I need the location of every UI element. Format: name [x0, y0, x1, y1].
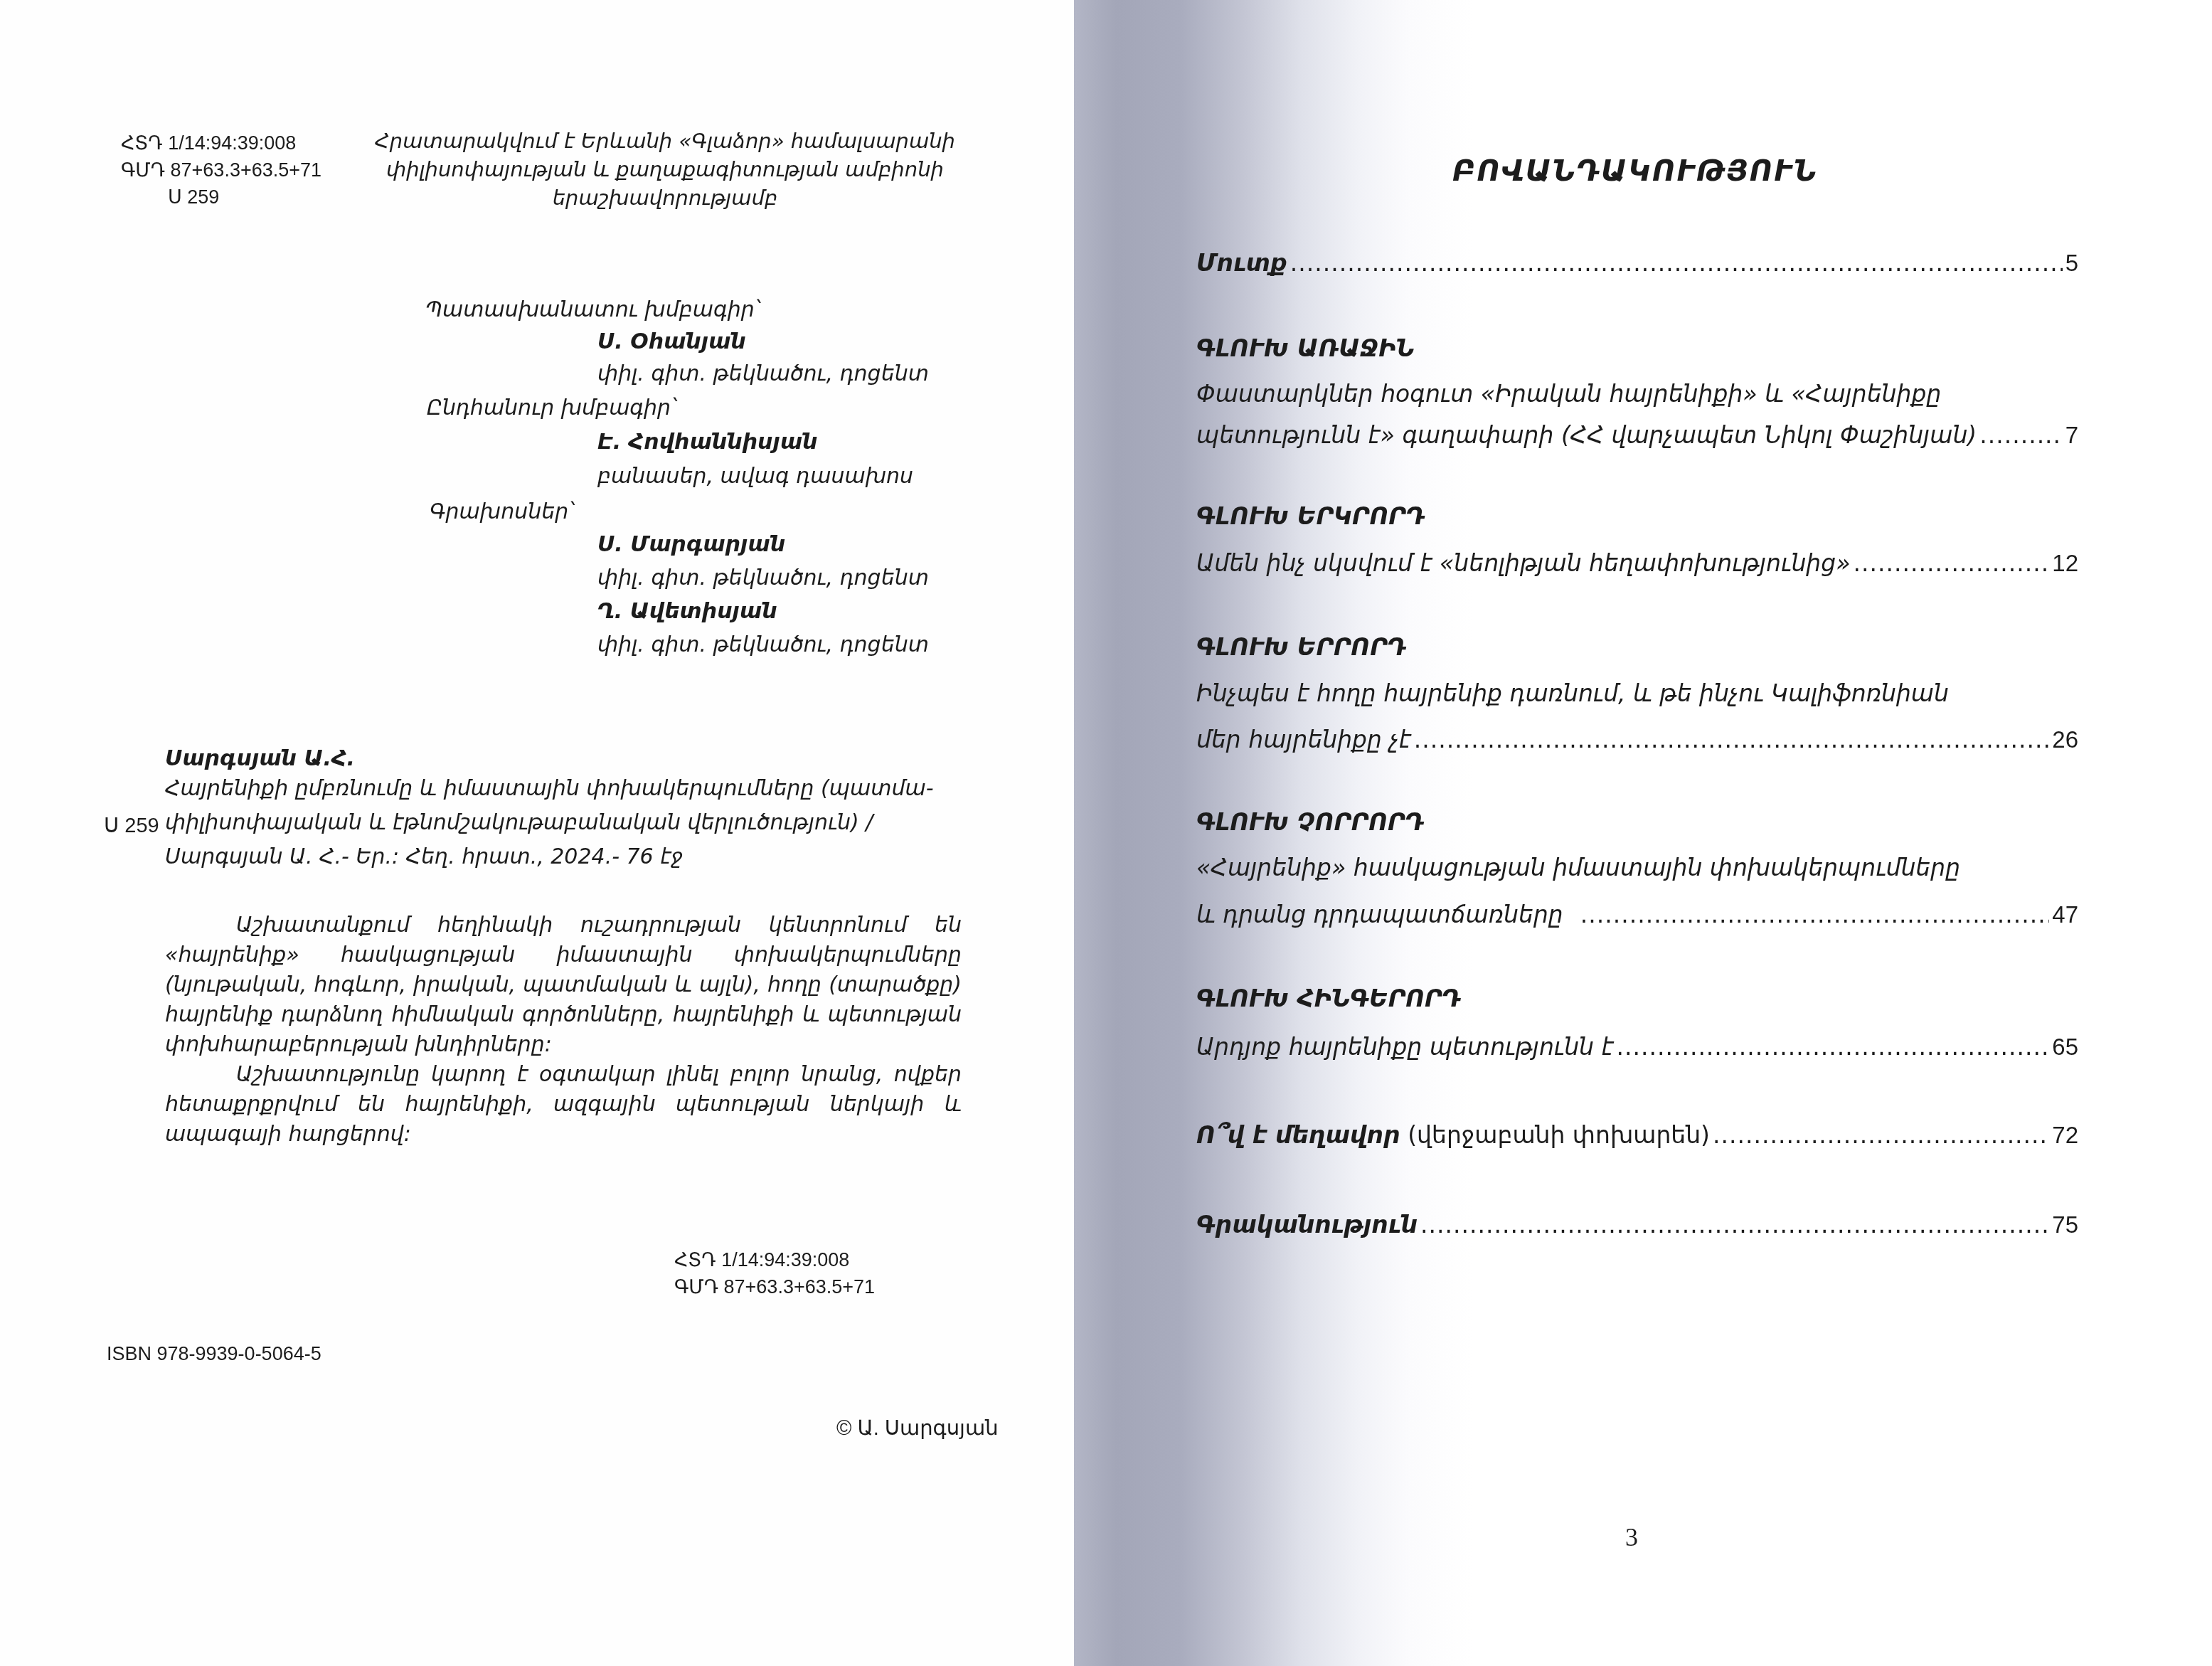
bbk-code: ԳՄԴ 87+63.3+63.5+71	[121, 156, 321, 184]
dot-leader	[1616, 1033, 2049, 1061]
reviewer-name: Ս. Մարգարյան	[597, 532, 785, 557]
toc-entry-afterword[interactable]: Ո՞վ է մեղավոր (վերջաբանի փոխարեն) 72	[1196, 1121, 2078, 1149]
afterword-title: Ո՞վ է մեղավոր	[1196, 1121, 1400, 1149]
chapter-heading: ԳԼՈՒԽ ԱՌԱՋԻՆ	[1196, 334, 1415, 362]
dot-leader	[1414, 726, 2049, 753]
toc-page-number: 72	[2052, 1122, 2078, 1149]
toc-entry-line: Ինչպես է հողը հայրենիք դառնում, և թե ինչ…	[1196, 679, 1949, 707]
reviewers-label: Գրախոսներ՝	[430, 499, 573, 524]
toc-entry-text: Արդյոք հայրենիքը պետությունն է	[1196, 1033, 1613, 1061]
toc-page-number: 65	[2052, 1034, 2078, 1061]
toc-entry-chapter-4[interactable]: և դրանց դրդապատճառները 47	[1196, 901, 2078, 928]
toc-entry-text: Ամեն ինչ սկսվում է «նեոլիթյան հեղափոխութ…	[1196, 549, 1851, 577]
bibliographic-author: Սարգսյան Ա.Հ.	[165, 744, 355, 774]
toc-entry-chapter-1[interactable]: պետությունն է» գաղափարի (ՀՀ վարչապետ Նիկ…	[1196, 421, 2078, 449]
toc-entry-bibliography[interactable]: Գրականություն 75	[1196, 1211, 2078, 1238]
afterword-subtitle: (վերջաբանի փոխարեն)	[1408, 1121, 1710, 1149]
toc-page-number: 5	[2065, 250, 2078, 277]
toc-page-number: 26	[2052, 726, 2078, 753]
toc-entry-chapter-3[interactable]: մեր հայրենիքը չէ 26	[1196, 726, 2078, 753]
toc-entry-intro[interactable]: Մուտք 5	[1196, 249, 2078, 277]
chapter-heading: ԳԼՈՒԽ ՀԻՆԳԵՐՈՐԴ	[1196, 985, 1461, 1012]
reviewer-title: փիլ. գիտ. թեկնածու, դոցենտ	[597, 566, 929, 590]
bibliographic-line: փիլիսոփայական և էթնոմշակութաբանական վերլ…	[165, 808, 873, 838]
responsible-editor-name: Ս. Օհանյան	[597, 329, 746, 354]
publisher-note-line: երաշխավորությամբ	[370, 184, 960, 212]
copyright: © Ա. Սարգսյան	[836, 1416, 999, 1440]
right-page-table-of-contents: ԲՈՎԱՆԴԱԿՈՒԹՅՈՒՆ Մուտք 5 ԳԼՈՒԽ ԱՌԱՋԻՆ Փաս…	[1074, 0, 2212, 1666]
toc-page-number: 75	[2052, 1211, 2078, 1238]
toc-page-number: 12	[2052, 550, 2078, 577]
toc-entry-line: Փաստարկներ հօգուտ «Իրական հայրենիքի» և «…	[1196, 380, 1941, 408]
toc-entry-text: Ո՞վ է մեղավոր (վերջաբանի փոխարեն)	[1196, 1121, 1710, 1149]
bibliographic-line: Հայրենիքի ըմբռնումը և իմաստային փոխակերպ…	[165, 774, 934, 804]
abstract-paragraph: Աշխատանքում հեղինակի ուշադրության կենտրո…	[165, 911, 962, 1060]
bibliographic-line: Սարգսյան Ա. Հ.- Եր.: Հեղ. հրատ., 2024.- …	[165, 842, 683, 872]
chapter-heading: ԳԼՈՒԽ ՉՈՐՐՈՐԴ	[1196, 808, 1424, 836]
abstract: Աշխատանքում հեղինակի ուշադրության կենտրո…	[165, 911, 962, 1150]
page-number: 3	[1625, 1522, 1638, 1552]
toc-entry-text: Մուտք	[1196, 249, 1287, 277]
catalog-codes-top: ՀՏԴ 1/14:94:39:008 ԳՄԴ 87+63.3+63.5+71 Ս…	[121, 129, 321, 211]
dot-leader	[1580, 901, 2050, 928]
toc-page-number: 47	[2052, 901, 2078, 928]
bbk-code: ԳՄԴ 87+63.3+63.5+71	[674, 1273, 875, 1300]
catalog-codes-bottom: ՀՏԴ 1/14:94:39:008 ԳՄԴ 87+63.3+63.5+71	[674, 1246, 875, 1300]
toc-page-number: 7	[2065, 422, 2078, 449]
udc-code: ՀՏԴ 1/14:94:39:008	[674, 1246, 875, 1273]
bibliographic-code: Ս 259	[104, 813, 159, 838]
isbn: ISBN 978-9939-0-5064-5	[107, 1343, 321, 1365]
dot-leader	[1420, 1211, 2049, 1238]
general-editor-title: բանասեր, ավագ դասախոս	[597, 464, 913, 489]
general-editor-name: Է. Հովհաննիսյան	[597, 430, 817, 455]
toc-title: ԲՈՎԱՆԴԱԿՈՒԹՅՈՒՆ	[1452, 155, 1818, 188]
toc-entry-line: «Հայրենիք» հասկացության իմաստային փոխակե…	[1196, 854, 1960, 881]
dot-leader	[1713, 1121, 2049, 1149]
dot-leader	[1979, 421, 2062, 449]
chapter-heading: ԳԼՈՒԽ ԵՐԿՐՈՐԴ	[1196, 502, 1425, 530]
general-editor-label: Ընդհանուր խմբագիր՝	[427, 396, 676, 420]
publisher-note-line: Հրատարակվում է Երևանի «Գլաձոր» համալսարա…	[370, 127, 960, 155]
toc-entry-text: Գրականություն	[1196, 1211, 1418, 1238]
abstract-paragraph: Աշխատությունը կարող է օգտակար լինել բոլո…	[165, 1060, 962, 1150]
chapter-heading: ԳԼՈՒԽ ԵՐՐՈՐԴ	[1196, 633, 1406, 661]
toc-entry-chapter-5[interactable]: Արդյոք հայրենիքը պետությունն է 65	[1196, 1033, 2078, 1061]
toc-entry-text: մեր հայրենիքը չէ	[1196, 726, 1411, 753]
author-mark: Ս 259	[121, 184, 321, 211]
dot-leader	[1854, 549, 2050, 577]
udc-code: ՀՏԴ 1/14:94:39:008	[121, 129, 321, 156]
toc-entry-text: և դրանց դրդապատճառները	[1196, 901, 1563, 928]
left-page-imprint: ՀՏԴ 1/14:94:39:008 ԳՄԴ 87+63.3+63.5+71 Ս…	[0, 0, 1074, 1666]
publisher-note: Հրատարակվում է Երևանի «Գլաձոր» համալսարա…	[370, 127, 960, 212]
responsible-editor-label: Պատասխանատու խմբագիր՝	[425, 297, 760, 322]
reviewer-name: Ղ. Ավետիսյան	[597, 599, 777, 624]
dot-leader	[1290, 249, 2063, 277]
toc-entry-chapter-2[interactable]: Ամեն ինչ սկսվում է «նեոլիթյան հեղափոխութ…	[1196, 549, 2078, 577]
toc-entry-text: պետությունն է» գաղափարի (ՀՀ վարչապետ Նիկ…	[1196, 421, 1977, 449]
publisher-note-line: փիլիսոփայության և քաղաքագիտության ամբիոն…	[370, 155, 960, 184]
reviewer-title: փիլ. գիտ. թեկնածու, դոցենտ	[597, 632, 929, 657]
responsible-editor-title: փիլ. գիտ. թեկնածու, դոցենտ	[597, 361, 929, 386]
